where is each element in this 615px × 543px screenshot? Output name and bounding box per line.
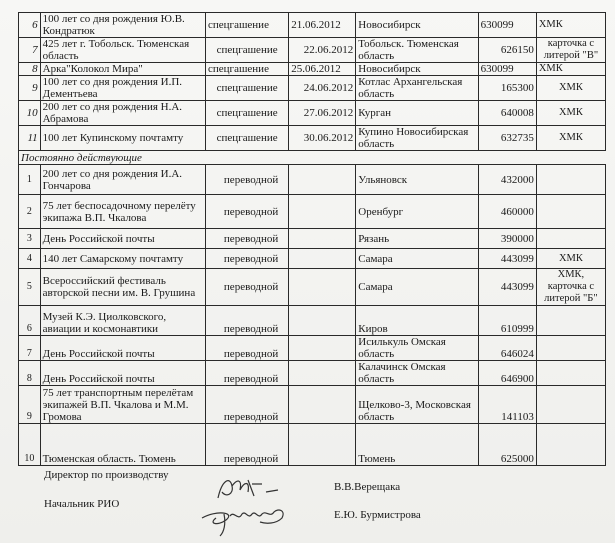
event-name: 200 лет со дня рождения Н.А. Абрамова: [40, 101, 205, 126]
postmark-type: спецгашение: [206, 101, 289, 126]
postmark-type: переводной: [206, 306, 289, 336]
postmark-date: 21.06.2012: [289, 13, 356, 38]
postmark-type: спецгашение: [206, 76, 289, 101]
note: [536, 306, 605, 336]
event-name: Всероссийский фестиваль авторской песни …: [40, 269, 205, 306]
table-row: 5Всероссийский фестиваль авторской песни…: [19, 269, 606, 306]
postal-index: 626150: [478, 38, 536, 63]
row-number: 9: [19, 386, 41, 424]
table-row: 8День Российской почтыпереводнойКалачинс…: [19, 361, 606, 386]
table-row: 8Арка"Колокол Мира"спецгашение25.06.2012…: [19, 63, 606, 76]
postal-index: 625000: [478, 424, 536, 466]
table-row: 1200 лет со дня рождения И.А. Гончаровап…: [19, 165, 606, 195]
postal-index: 443099: [478, 269, 536, 306]
location: Самара: [356, 249, 478, 269]
scanned-document-page: 6100 лет со дня рождения Ю.В. Кондратюкс…: [0, 0, 615, 543]
note: ХМК: [536, 249, 605, 269]
note: [536, 361, 605, 386]
note: ХМК: [536, 76, 605, 101]
row-number: 10: [19, 101, 41, 126]
table-row: 7425 лет г. Тобольск. Тюменская областьс…: [19, 38, 606, 63]
row-number: 2: [19, 195, 41, 229]
postmark-type: спецгашение: [206, 13, 289, 38]
postmark-date: 25.06.2012: [289, 63, 356, 76]
rio-title: Начальник РИО: [44, 498, 119, 510]
postmark-type: переводной: [206, 361, 289, 386]
postmark-date: [289, 195, 356, 229]
postal-index: 610999: [478, 306, 536, 336]
table-row: 4140 лет Самарскому почтамтупереводнойСа…: [19, 249, 606, 269]
note: [536, 229, 605, 249]
postal-index: 165300: [478, 76, 536, 101]
location: Ульяновск: [356, 165, 478, 195]
row-number: 5: [19, 269, 41, 306]
postal-index: 460000: [478, 195, 536, 229]
location: Самара: [356, 269, 478, 306]
note: карточка с литерой "В": [536, 38, 605, 63]
note: ХМК: [536, 63, 605, 76]
postal-index: 443099: [478, 249, 536, 269]
postmark-type: переводной: [206, 336, 289, 361]
row-number: 8: [19, 361, 41, 386]
postmark-schedule-table: 6100 лет со дня рождения Ю.В. Кондратюкс…: [18, 12, 606, 466]
postmark-type: спецгашение: [206, 38, 289, 63]
postmark-type: переводной: [206, 424, 289, 466]
row-number: 10: [19, 424, 41, 466]
postmark-date: [289, 361, 356, 386]
postmark-date: [289, 336, 356, 361]
note: [536, 336, 605, 361]
event-name: Музей К.Э. Циолковского, авиации и космо…: [40, 306, 205, 336]
postmark-date: [289, 306, 356, 336]
postmark-date: [289, 249, 356, 269]
section-title: Постоянно действующие: [19, 151, 606, 165]
table-row: 3День Российской почтыпереводнойРязань39…: [19, 229, 606, 249]
row-number: 6: [19, 13, 41, 38]
rio-signature-icon: [196, 500, 296, 538]
location: Оренбург: [356, 195, 478, 229]
location: Калачинск Омская область: [356, 361, 478, 386]
event-name: 75 лет транспортным перелётам экипажей В…: [40, 386, 205, 424]
event-name: День Российской почты: [40, 229, 205, 249]
event-name: 425 лет г. Тобольск. Тюменская область: [40, 38, 205, 63]
table-row: 9100 лет со дня рождения И.П. Дементьева…: [19, 76, 606, 101]
note: ХМК, карточка с литерой "Б": [536, 269, 605, 306]
location: Новосибирск: [356, 63, 478, 76]
postmark-date: 30.06.2012: [289, 126, 356, 151]
table-row: 6100 лет со дня рождения Ю.В. Кондратюкс…: [19, 13, 606, 38]
note: [536, 165, 605, 195]
postmark-date: [289, 386, 356, 424]
postmark-type: спецгашение: [206, 126, 289, 151]
table-row: 6Музей К.Э. Циолковского, авиации и косм…: [19, 306, 606, 336]
event-name: День Российской почты: [40, 336, 205, 361]
row-number: 1: [19, 165, 41, 195]
table-row: 10200 лет со дня рождения Н.А. Абрамовас…: [19, 101, 606, 126]
rio-name: Е.Ю. Бурмистрова: [334, 509, 421, 521]
postal-index: 141103: [478, 386, 536, 424]
table-row: 11100 лет Купинскому почтамтуспецгашение…: [19, 126, 606, 151]
director-title: Директор по производству: [44, 469, 169, 481]
note: [536, 195, 605, 229]
location: Купино Новосибирская область: [356, 126, 478, 151]
note: ХМК: [536, 101, 605, 126]
director-name: В.В.Верещака: [334, 481, 400, 493]
row-number: 8: [19, 63, 41, 76]
row-number: 6: [19, 306, 41, 336]
note: [536, 424, 605, 466]
postmark-date: 27.06.2012: [289, 101, 356, 126]
event-name: Арка"Колокол Мира": [40, 63, 205, 76]
postmark-date: [289, 229, 356, 249]
postmark-date: [289, 165, 356, 195]
postmark-type: переводной: [206, 249, 289, 269]
postmark-type: переводной: [206, 269, 289, 306]
location: Исилькуль Омская область: [356, 336, 478, 361]
row-number: 7: [19, 38, 41, 63]
location: Щелково-3, Московская область: [356, 386, 478, 424]
event-name: 140 лет Самарскому почтамту: [40, 249, 205, 269]
table-row: 975 лет транспортным перелётам экипажей …: [19, 386, 606, 424]
postal-index: 630099: [478, 13, 536, 38]
event-name: 75 лет беспосадочному перелёту экипажа В…: [40, 195, 205, 229]
postal-index: 646024: [478, 336, 536, 361]
note: ХМК: [536, 13, 605, 38]
event-name: 100 лет со дня рождения И.П. Дементьева: [40, 76, 205, 101]
postmark-type: переводной: [206, 386, 289, 424]
row-number: 11: [19, 126, 41, 151]
postmark-date: [289, 269, 356, 306]
location: Тюмень: [356, 424, 478, 466]
location: Рязань: [356, 229, 478, 249]
postal-index: 640008: [478, 101, 536, 126]
event-name: Тюменская область. Тюмень: [40, 424, 205, 466]
event-name: 100 лет со дня рождения Ю.В. Кондратюк: [40, 13, 205, 38]
event-name: 200 лет со дня рождения И.А. Гончарова: [40, 165, 205, 195]
table-row: 10Тюменская область. ТюменьпереводнойТюм…: [19, 424, 606, 466]
section-row: Постоянно действующие: [19, 151, 606, 165]
row-number: 4: [19, 249, 41, 269]
postmark-date: [289, 424, 356, 466]
row-number: 3: [19, 229, 41, 249]
postal-index: 630099: [478, 63, 536, 76]
location: Котлас Архангельская область: [356, 76, 478, 101]
postal-index: 432000: [478, 165, 536, 195]
postmark-type: переводной: [206, 165, 289, 195]
postmark-type: переводной: [206, 195, 289, 229]
postal-index: 646900: [478, 361, 536, 386]
table-row: 275 лет беспосадочному перелёту экипажа …: [19, 195, 606, 229]
postmark-date: 22.06.2012: [289, 38, 356, 63]
postal-index: 632735: [478, 126, 536, 151]
location: Новосибирск: [356, 13, 478, 38]
location: Курган: [356, 101, 478, 126]
row-number: 7: [19, 336, 41, 361]
note: [536, 386, 605, 424]
postmark-date: 24.06.2012: [289, 76, 356, 101]
event-name: 100 лет Купинскому почтамту: [40, 126, 205, 151]
postmark-type: переводной: [206, 229, 289, 249]
table-row: 7День Российской почтыпереводнойИсилькул…: [19, 336, 606, 361]
note: ХМК: [536, 126, 605, 151]
row-number: 9: [19, 76, 41, 101]
postal-index: 390000: [478, 229, 536, 249]
location: Киров: [356, 306, 478, 336]
event-name: День Российской почты: [40, 361, 205, 386]
postmark-type: спецгашение: [206, 63, 289, 76]
location: Тобольск. Тюменская область: [356, 38, 478, 63]
